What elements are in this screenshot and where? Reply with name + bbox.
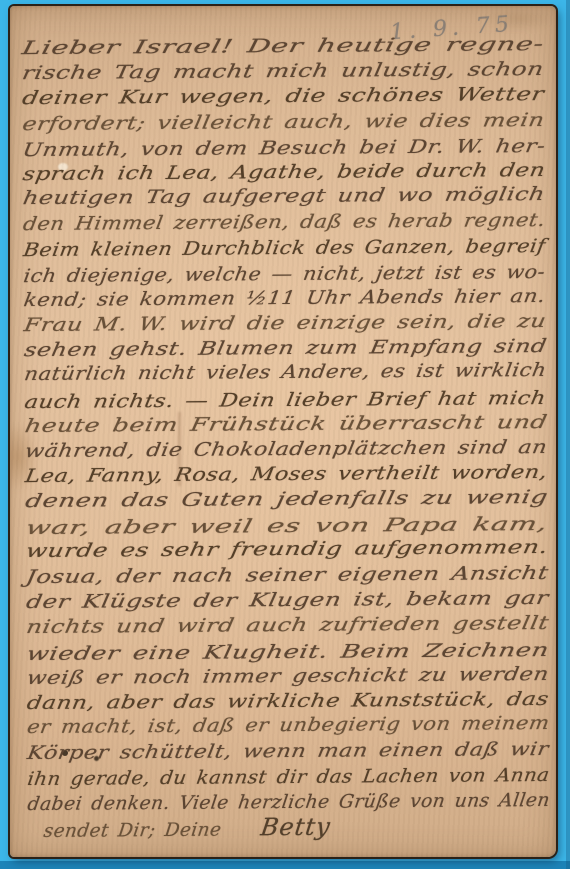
mount-bottom-shadow (0, 861, 570, 869)
closing-line: sendet Dir; Deine Betty (27, 813, 553, 842)
handwriting-line: wurde es sehr freundig aufgenommen. (25, 535, 551, 564)
handwriting-line: erfordert; vielleicht auch, wie dies mei… (21, 108, 547, 137)
handwriting-line: Körper schüttelt, wenn man einen daß wir (26, 737, 552, 766)
letter-body: Lieber Israel! Der heutige regne-rische … (21, 32, 553, 847)
signature: Betty (259, 812, 332, 841)
postcard-scan: 1. 9. 75 Lieber Israel! Der heutige regn… (0, 0, 570, 869)
postcard-paper: 1. 9. 75 Lieber Israel! Der heutige regn… (10, 6, 556, 857)
handwriting-line: heutigen Tag aufgeregt und wo möglich (22, 182, 548, 211)
handwriting-line: weiß er noch immer geschickt zu werden (26, 662, 552, 691)
handwriting-line: natürlich nicht vieles Andere, es ist wi… (23, 358, 549, 387)
handwriting-line: den Himmel zerreißen, daß es herab regne… (22, 208, 548, 237)
closing-text: sendet Dir; Deine (42, 819, 222, 841)
handwriting-line: denen das Guten jedenfalls zu wenig (24, 485, 550, 514)
handwriting-line: Beim kleinen Durchblick des Ganzen, begr… (22, 233, 548, 262)
handwriting-line: nichts und wird auch zufrieden gestellt (25, 611, 551, 640)
handwriting-line: er macht, ist, daß er unbegierig von mei… (26, 711, 552, 740)
handwriting-line: deiner Kur wegen, die schönes Wetter (21, 82, 547, 111)
mount-right-shadow (566, 0, 570, 869)
